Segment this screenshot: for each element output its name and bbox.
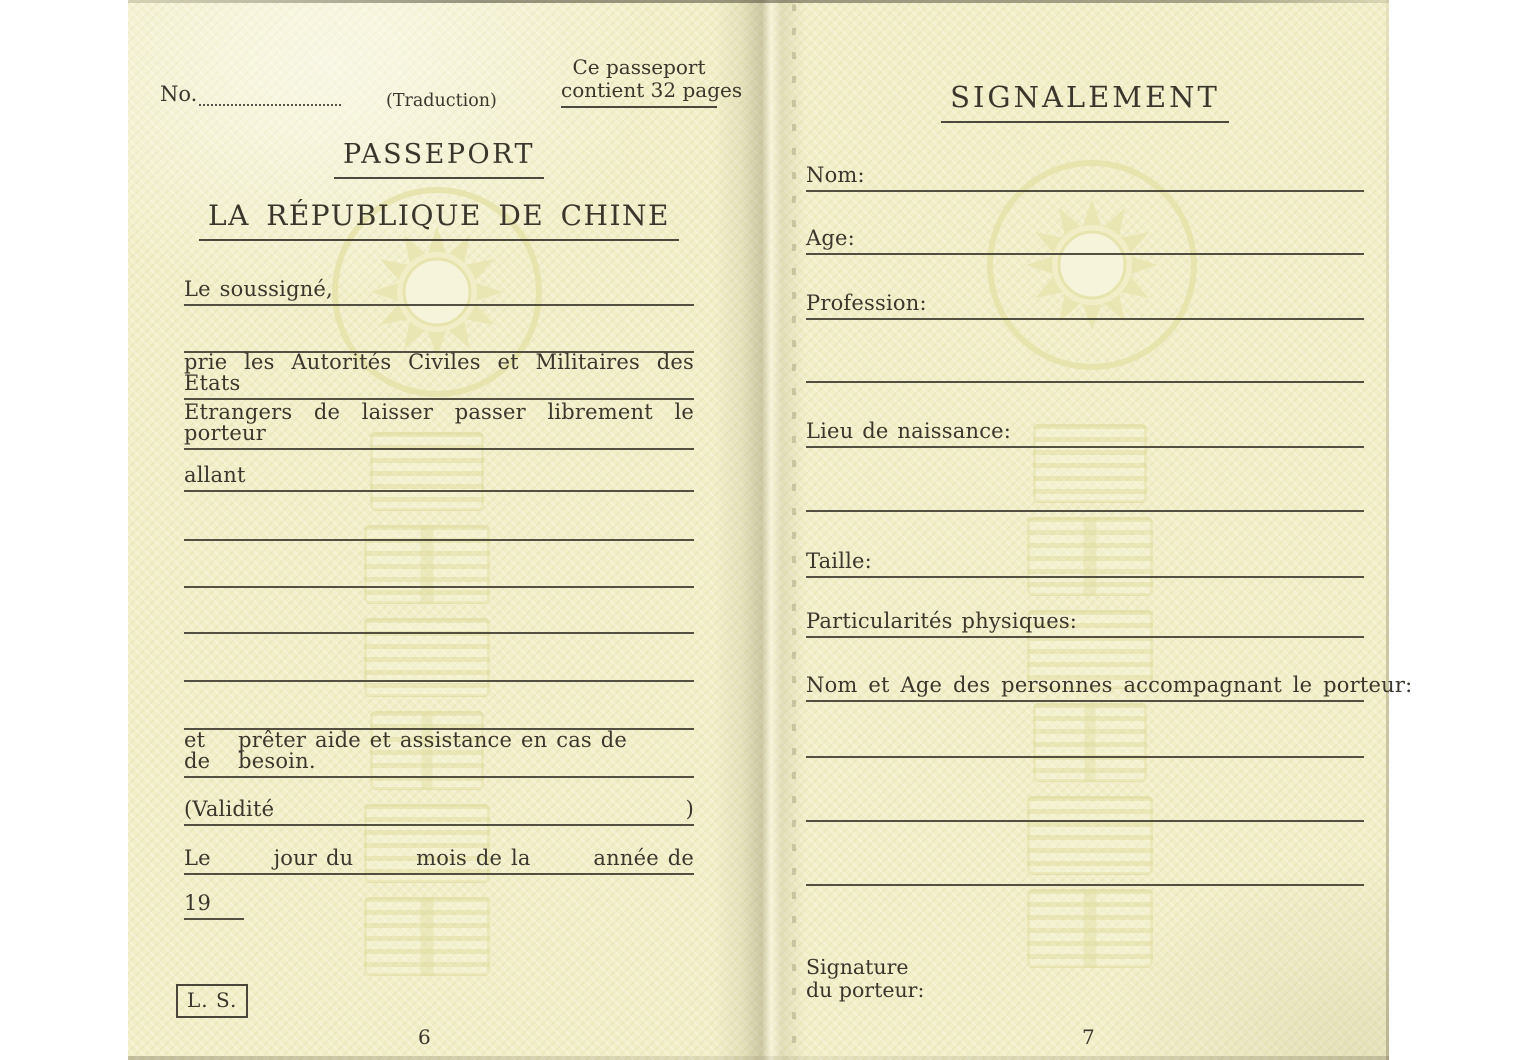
field-label: Le soussigné, [184, 279, 333, 300]
passport-number-line: No. [160, 82, 341, 106]
field-label: Profession: [806, 293, 927, 314]
field-label: Age: [806, 228, 855, 249]
field-label: Nom et Age des personnes accompagnant le… [806, 675, 1412, 696]
form-line-profession: Profession: [806, 290, 1364, 320]
printed-text: prie les Autorités Civiles et Militaires… [184, 352, 694, 394]
printed-text: et de [184, 730, 238, 772]
blank-ruled-line [184, 558, 694, 588]
page-number-right: 7 [1082, 1025, 1095, 1049]
form-line-soussigne: Le soussigné, [184, 276, 694, 306]
closing-paren: ) [686, 799, 694, 820]
form-line-date: Le jour du mois de la année de [184, 845, 694, 875]
form-line-request-1: prie les Autorités Civiles et Militaires… [184, 370, 694, 400]
field-label: (Validité [184, 799, 274, 820]
printed-text: Etrangers de laisser passer librement le… [184, 402, 694, 444]
pages-count-note: Ce passeport contient 32 pages [561, 56, 717, 108]
blank-ruled-line [806, 856, 1364, 886]
form-line-taille: Taille: [806, 548, 1364, 578]
year-prefix: 19 [184, 893, 211, 914]
form-line-assistance: et de prêter aide et assistance en cas d… [184, 748, 694, 778]
blank-ruled-line [184, 700, 694, 730]
passport-title: PASSEPORT [184, 139, 694, 179]
blank-ruled-line [806, 792, 1364, 822]
pages-note-line1: Ce passeport [561, 56, 717, 79]
form-line-allant: allant [184, 462, 694, 492]
date-word: mois de la [416, 848, 531, 869]
page-number-left: 6 [418, 1025, 431, 1049]
field-label: allant [184, 465, 246, 486]
issuing-state-title: LA RÉPUBLIQUE DE CHINE [184, 199, 694, 241]
blank-ruled-line [184, 604, 694, 634]
form-line-validity: (Validité ) [184, 796, 694, 826]
traduction-label: (Traduction) [386, 91, 497, 111]
signalement-title: SIGNALEMENT [806, 80, 1364, 123]
official-seal-placeholder: L. S. [176, 984, 248, 1018]
date-word: jour du [274, 848, 354, 869]
pages-note-line2: contient 32 pages [561, 79, 717, 102]
form-line-accompagnants: Nom et Age des personnes accompagnant le… [806, 672, 1364, 702]
field-label: Lieu de naissance: [806, 421, 1011, 442]
date-word: année de [593, 848, 694, 869]
field-label: Particularités physiques: [806, 611, 1077, 632]
passport-scan: 中華民國護照 中華民國護照 No. (Traduction) Ce passep… [0, 0, 1517, 1060]
blank-ruled-line [806, 353, 1364, 383]
dotted-leader [199, 85, 341, 106]
blank-ruled-line [806, 728, 1364, 758]
field-label: Nom: [806, 165, 865, 186]
form-line-age: Age: [806, 225, 1364, 255]
signature-label: Signature du porteur: [806, 956, 924, 1002]
form-line-lieu-naissance: Lieu de naissance: [806, 418, 1364, 448]
no-label: No. [160, 82, 197, 106]
blank-ruled-line [184, 652, 694, 682]
form-line-particularites: Particularités physiques: [806, 608, 1364, 638]
date-word: Le [184, 848, 211, 869]
printed-text: prêter aide et assistance en cas de beso… [238, 730, 694, 772]
blank-ruled-line [806, 482, 1364, 512]
form-line-nom: Nom: [806, 162, 1364, 192]
field-label: Taille: [806, 551, 872, 572]
form-line-year: 19 [184, 890, 244, 920]
blank-ruled-line [184, 323, 694, 353]
blank-ruled-line [184, 511, 694, 541]
form-line-request-2: Etrangers de laisser passer librement le… [184, 420, 694, 450]
